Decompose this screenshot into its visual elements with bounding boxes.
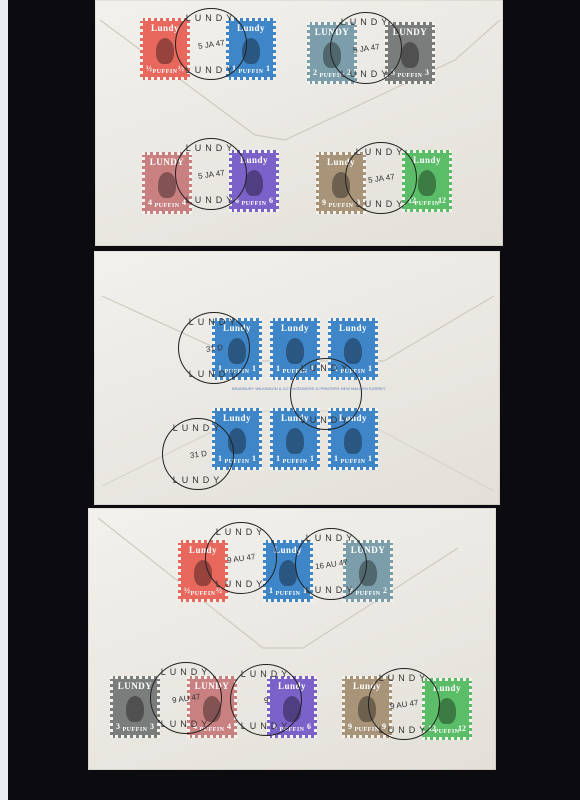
- stamp-value: 12: [438, 196, 446, 205]
- puffin-icon: [344, 428, 362, 454]
- stamp-value: 1: [252, 454, 256, 463]
- stamp-value: 1: [266, 64, 270, 73]
- postmark-place: LUNDY: [291, 415, 361, 425]
- stamp-header: Lundy: [339, 323, 367, 333]
- stamp-footer: PUFFIN: [398, 73, 423, 79]
- postmark: LUNDY 5 JA 47 LUNDY: [345, 142, 417, 214]
- left-edge-strip: [0, 0, 8, 800]
- stamp-value: 2: [383, 586, 387, 595]
- puffin-icon: [286, 338, 304, 364]
- postmark-place: LUNDY: [291, 363, 361, 373]
- stamp-value: 1: [334, 454, 338, 463]
- stamp-value: ½: [184, 586, 190, 595]
- postmark-place: LUNDY: [369, 673, 439, 683]
- stamp-footer: PUFFIN: [283, 459, 308, 465]
- postmark-date: 31 D: [205, 342, 223, 353]
- stamp-footer: PUFFIN: [341, 459, 366, 465]
- postmark-date: 5 JA 47: [197, 168, 225, 181]
- postmark-place: LUNDY: [176, 143, 246, 153]
- postmark: LUNDY 5 JA 47 LUNDY: [330, 12, 402, 84]
- postmark-place: LUNDY: [331, 69, 401, 79]
- postmark-place: LUNDY: [331, 17, 401, 27]
- stamp-header: LUNDY: [118, 681, 153, 691]
- postmark-place: LUNDY: [151, 719, 221, 729]
- stamp-value: 3: [116, 722, 120, 731]
- postmark: LUNDY LUNDY: [290, 358, 362, 430]
- puffin-icon: [418, 170, 436, 196]
- postmark-place: LUNDY: [176, 65, 246, 75]
- puffin-icon: [158, 172, 176, 198]
- postmark-place: LUNDY: [231, 721, 301, 731]
- postmark-date: 5 JA 47: [352, 42, 380, 55]
- stamp-value: 1: [276, 364, 280, 373]
- postmark-date: 9 AU 47: [171, 692, 200, 705]
- stamp-value: 6: [269, 196, 273, 205]
- stamp-value: 1: [276, 454, 280, 463]
- postmark: LUNDY 31 D LUNDY: [162, 418, 234, 490]
- postmark-place: LUNDY: [179, 369, 249, 379]
- postmark-place: LUNDY: [296, 533, 366, 543]
- stamp-footer: PUFFIN: [123, 727, 148, 733]
- postmark-place: LUNDY: [176, 13, 246, 23]
- postmark-place: LUNDY: [346, 199, 416, 209]
- postmark: LUNDY 9 AU 47 LUNDY: [150, 662, 222, 734]
- postmark-place: LUNDY: [179, 317, 249, 327]
- stamp-header: Lundy: [223, 413, 251, 423]
- postmark-date: 16 AU 47: [314, 557, 348, 570]
- puffin-icon: [126, 696, 144, 722]
- postmark-place: LUNDY: [346, 147, 416, 157]
- postmark-place: LUNDY: [163, 475, 233, 485]
- puffin-icon: [401, 42, 419, 68]
- postmark-date: 5 JA 47: [367, 172, 395, 185]
- stamp-value: ½: [146, 64, 152, 73]
- postmark: LUNDY 16 AU 47 LUNDY: [295, 528, 367, 600]
- stamp-footer: PUFFIN: [415, 201, 440, 207]
- stamp-value: 1: [310, 454, 314, 463]
- puffin-icon: [245, 170, 263, 196]
- postmark-place: LUNDY: [206, 527, 276, 537]
- stamp-footer: PUFFIN: [191, 591, 216, 597]
- puffin-icon: [286, 428, 304, 454]
- postmark-place: LUNDY: [151, 667, 221, 677]
- stamp-value: 9: [322, 198, 326, 207]
- stamp-header: Lundy: [151, 23, 179, 33]
- postmark: LUNDY 5 JA 47 LUNDY: [175, 8, 247, 80]
- postmark-place: LUNDY: [231, 669, 301, 679]
- gutter-imprint: BRADBURY WILKINSON & CO ENGRAVERS & PRIN…: [232, 386, 386, 391]
- postmark-date: 9 AU 47: [389, 698, 418, 711]
- postmark-place: LUNDY: [176, 195, 246, 205]
- postmark: LUNDY 9 AU 47 LUNDY: [205, 522, 277, 594]
- postmark: LUNDY 31 D LUNDY: [178, 312, 250, 384]
- puffin-icon: [344, 338, 362, 364]
- postmark-date: 5 JA 47: [197, 38, 225, 51]
- postmark-date: 9 AU 47: [226, 552, 255, 565]
- puffin-icon: [438, 698, 456, 724]
- stamp-value: 1: [252, 364, 256, 373]
- puffin-icon: [156, 38, 174, 64]
- postmark: LUNDY 9 AU 47 LUNDY: [368, 668, 440, 740]
- stamp-value: 3: [425, 68, 429, 77]
- postmark: LUNDY 9 LUNDY: [230, 664, 302, 736]
- stamp-value: 9: [348, 722, 352, 731]
- postmark-place: LUNDY: [296, 585, 366, 595]
- stamp-header: Lundy: [281, 323, 309, 333]
- stamp-value: 1: [368, 364, 372, 373]
- stamp-value: 6: [307, 722, 311, 731]
- postmark-place: LUNDY: [206, 579, 276, 589]
- stamp-value: 12: [458, 724, 466, 733]
- postmark: LUNDY 5 JA 47 LUNDY: [175, 138, 247, 210]
- stamp-value: 4: [148, 198, 152, 207]
- postmark-place: LUNDY: [163, 423, 233, 433]
- stamp-value: 2: [313, 68, 317, 77]
- postmark-date: 31 D: [189, 448, 207, 459]
- postmark-place: LUNDY: [369, 725, 439, 735]
- stamp-footer: PUFFIN: [153, 69, 178, 75]
- stamp-value: 1: [368, 454, 372, 463]
- stamp-header: Lundy: [413, 155, 441, 165]
- postmark-date: 9: [263, 695, 269, 705]
